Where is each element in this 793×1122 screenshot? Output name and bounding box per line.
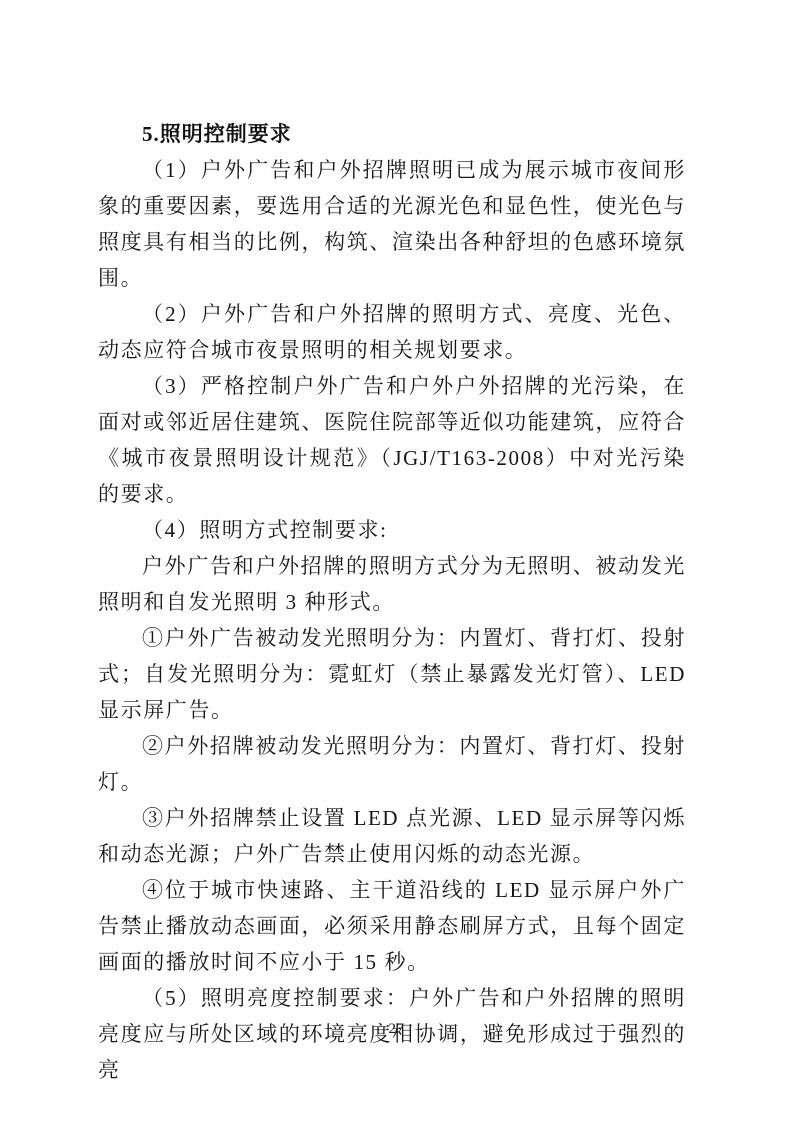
document-body: 5.照明控制要求 （1）户外广告和户外招牌照明已成为展示城市夜间形象的重要因素，… [98, 116, 686, 1088]
document-page: 5.照明控制要求 （1）户外广告和户外招牌照明已成为展示城市夜间形象的重要因素，… [0, 0, 793, 1122]
paragraph-item-3: ③户外招牌禁止设置 LED 点光源、LED 显示屏等闪烁和动态光源；户外广告禁止… [98, 800, 686, 872]
paragraph-item-1: ①户外广告被动发光照明分为：内置灯、背打灯、投射式；自发光照明分为：霓虹灯（禁止… [98, 620, 686, 728]
paragraph-clause-1: （1）户外广告和户外招牌照明已成为展示城市夜间形象的重要因素，要选用合适的光源光… [98, 152, 686, 296]
paragraph-clause-4: （4）照明方式控制要求: [98, 512, 686, 548]
paragraph-clause-4-intro: 户外广告和户外招牌的照明方式分为无照明、被动发光照明和自发光照明 3 种形式。 [98, 548, 686, 620]
paragraph-clause-3: （3）严格控制户外广告和户外户外招牌的光污染，在面对或邻近居住建筑、医院住院部等… [98, 368, 686, 512]
paragraph-clause-2: （2）户外广告和户外招牌的照明方式、亮度、光色、动态应符合城市夜景照明的相关规划… [98, 296, 686, 368]
paragraph-item-2: ②户外招牌被动发光照明分为：内置灯、背打灯、投射灯。 [98, 728, 686, 800]
paragraph-item-4: ④位于城市快速路、主干道沿线的 LED 显示屏户外广告禁止播放动态画面，必须采用… [98, 872, 686, 980]
section-heading: 5.照明控制要求 [98, 116, 686, 152]
page-number: 27 [0, 1021, 793, 1038]
